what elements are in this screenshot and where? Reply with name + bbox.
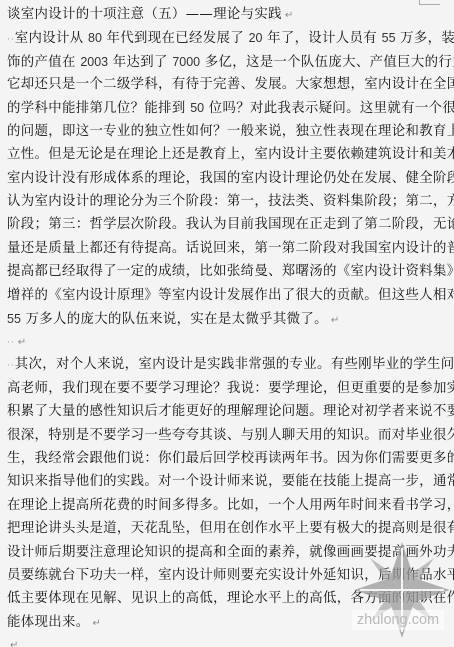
indent-space-marks: ·· — [7, 35, 15, 45]
line-text: 量还是质量上都还有待提高。话说回来，第一第二阶段对我国室内设计的普及和 — [7, 241, 454, 256]
text-line: 知识来指导他们的实践。对一个设计师来说，要能在技能上提高一步，通常要比 — [7, 473, 454, 491]
page-corner-marker — [419, 0, 440, 5]
text-line: 增祥的《室内设计原理》等室内设计发展作出了很大的贡献。但这些人相对于 — [7, 287, 454, 305]
line-text: 很深，特别是不要学习一些夸夸其谈、与别人聊天用的知识。而对毕业很久的学 — [7, 428, 454, 443]
indent-space-marks: ·· — [7, 361, 15, 371]
text-line: ··↵ — [7, 333, 26, 351]
text-line: 立性。但是无论是在理论上还是教育上，室内设计主要依赖建筑设计和美术教育。 — [7, 146, 454, 164]
paragraph-mark-icon: ↵ — [18, 337, 27, 348]
paragraph-mark-icon: ↵ — [285, 10, 294, 21]
watermark-text: zhulong.com — [352, 610, 444, 630]
line-text: 的学科中能排第几位？能排到 50 位吗？对此我表示疑问。这里就有一个很重要 — [7, 101, 454, 116]
text-line: 它却还只是一个二级学科，有待于完善、发展。大家想想，室内设计在全国众多 — [7, 76, 454, 94]
text-line: 饰的产值在 2003 年达到了 7000 多亿，这是一个队伍庞大、产值巨大的行业… — [7, 53, 454, 71]
line-text: 知识来指导他们的实践。对一个设计师来说，要能在技能上提高一步，通常要比 — [7, 474, 454, 489]
line-text: 室内设计从 80 年代到现在已经发展了 20 年了，设计人员有 55 万多，装修… — [15, 31, 454, 46]
line-text: 阶段；第三：哲学层次阶段。我认为目前我国现在正走到了第二阶段，无论从数 — [7, 217, 454, 232]
line-text: 高老师，我们现在要不要学习理论？我说：要学理论，但更重要的是参加实践， — [7, 381, 454, 396]
paragraph-mark-icon: ↵ — [331, 315, 340, 326]
line-text: 它却还只是一个二级学科，有待于完善、发展。大家想想，室内设计在全国众多 — [7, 77, 454, 92]
line-text: 谈室内设计的十项注意（五）——理论与实践 — [7, 7, 282, 22]
line-text: 立性。但是无论是在理论上还是教育上，室内设计主要依赖建筑设计和美术教育。 — [7, 147, 454, 162]
line-text: 室内设计没有形成体系的理论，我国的室内设计理论仍处在发展、健全阶段。我 — [7, 171, 454, 186]
text-line: 室内设计没有形成体系的理论，我国的室内设计理论仍处在发展、健全阶段。我 — [7, 170, 454, 188]
paragraph-mark-icon: ↵ — [10, 640, 19, 647]
text-line: 的问题，即这一专业的独立性如何？一般来说，独立性表现在理论和教育上的独 — [7, 123, 454, 141]
line-text: 生，我经常会跟他们说：你们最后回学校再读两年书。因为你们需要更多的理论 — [7, 451, 454, 466]
text-line: 的学科中能排第几位？能排到 50 位吗？对此我表示疑问。这里就有一个很重要 — [7, 99, 454, 117]
paragraph-mark-icon: ↵ — [92, 618, 101, 629]
line-text: 能体现出来。 — [7, 615, 89, 630]
document-page: 谈室内设计的十项注意（五）——理论与实践↵··室内设计从 80 年代到现在已经发… — [0, 0, 454, 647]
text-line: 55 万多人的庞大的队伍来说，实在是太微乎其微了。↵ — [7, 310, 340, 328]
line-text: 55 万多人的庞大的队伍来说，实在是太微乎其微了。 — [7, 312, 328, 327]
line-text: 在理论上提高所花费的时间多得多。比如，一个人用两年时间来看书学习，可以 — [7, 498, 454, 513]
text-line: 阶段；第三：哲学层次阶段。我认为目前我国现在正走到了第二阶段，无论从数 — [7, 216, 454, 234]
text-line: ··其次，对个人来说，室内设计是实践非常强的专业。有些刚毕业的学生问我： — [7, 356, 454, 374]
line-text: 认为室内设计的理论分为三个阶段：第一，技法类、资料集阶段；第二，方法类 — [7, 194, 454, 209]
line-text: 积累了大量的感性知识后才能更好的理解理论问题。理论对初学者来说不要学得 — [7, 404, 454, 419]
text-line: 积累了大量的感性知识后才能更好的理解理论问题。理论对初学者来说不要学得 — [7, 403, 454, 421]
text-line: 认为室内设计的理论分为三个阶段：第一，技法类、资料集阶段；第二，方法类 — [7, 193, 454, 211]
text-line: 提高都已经取得了一定的成绩，比如张绮曼、郑曙汤的《室内设计资料集》、来 — [7, 263, 454, 281]
text-line: 生，我经常会跟他们说：你们最后回学校再读两年书。因为你们需要更多的理论 — [7, 450, 454, 468]
line-text: 的问题，即这一专业的独立性如何？一般来说，独立性表现在理论和教育上的独 — [7, 124, 454, 139]
line-text: 提高都已经取得了一定的成绩，比如张绮曼、郑曙汤的《室内设计资料集》、来 — [7, 264, 454, 279]
text-line: 在理论上提高所花费的时间多得多。比如，一个人用两年时间来看书学习，可以 — [7, 497, 454, 515]
text-line: 能体现出来。↵ — [7, 614, 101, 632]
line-text: 把理论讲头头是道，天花乱坠，但用在创作水平上要有极大的提高则是很有限的。 — [7, 521, 454, 536]
line-text: 饰的产值在 2003 年达到了 7000 多亿，这是一个队伍庞大、产值巨大的行业… — [7, 55, 454, 70]
line-text: 其次，对个人来说，室内设计是实践非常强的专业。有些刚毕业的学生问我： — [15, 357, 454, 372]
text-line: 高老师，我们现在要不要学习理论？我说：要学理论，但更重要的是参加实践， — [7, 380, 454, 398]
text-line: ··室内设计从 80 年代到现在已经发展了 20 年了，设计人员有 55 万多，… — [7, 29, 454, 47]
line-text: 增祥的《室内设计原理》等室内设计发展作出了很大的贡献。但这些人相对于 — [7, 288, 454, 303]
text-line: 把理论讲头头是道，天花乱坠，但用在创作水平上要有极大的提高则是很有限的。 — [7, 520, 454, 538]
indent-space-marks: ·· — [7, 338, 15, 348]
document-title: 谈室内设计的十项注意（五）——理论与实践↵ — [7, 6, 294, 24]
text-line: ↵ — [7, 636, 19, 647]
text-line: 量还是质量上都还有待提高。话说回来，第一第二阶段对我国室内设计的普及和 — [7, 240, 454, 258]
text-line: 很深，特别是不要学习一些夸夸其谈、与别人聊天用的知识。而对毕业很久的学 — [7, 427, 454, 445]
